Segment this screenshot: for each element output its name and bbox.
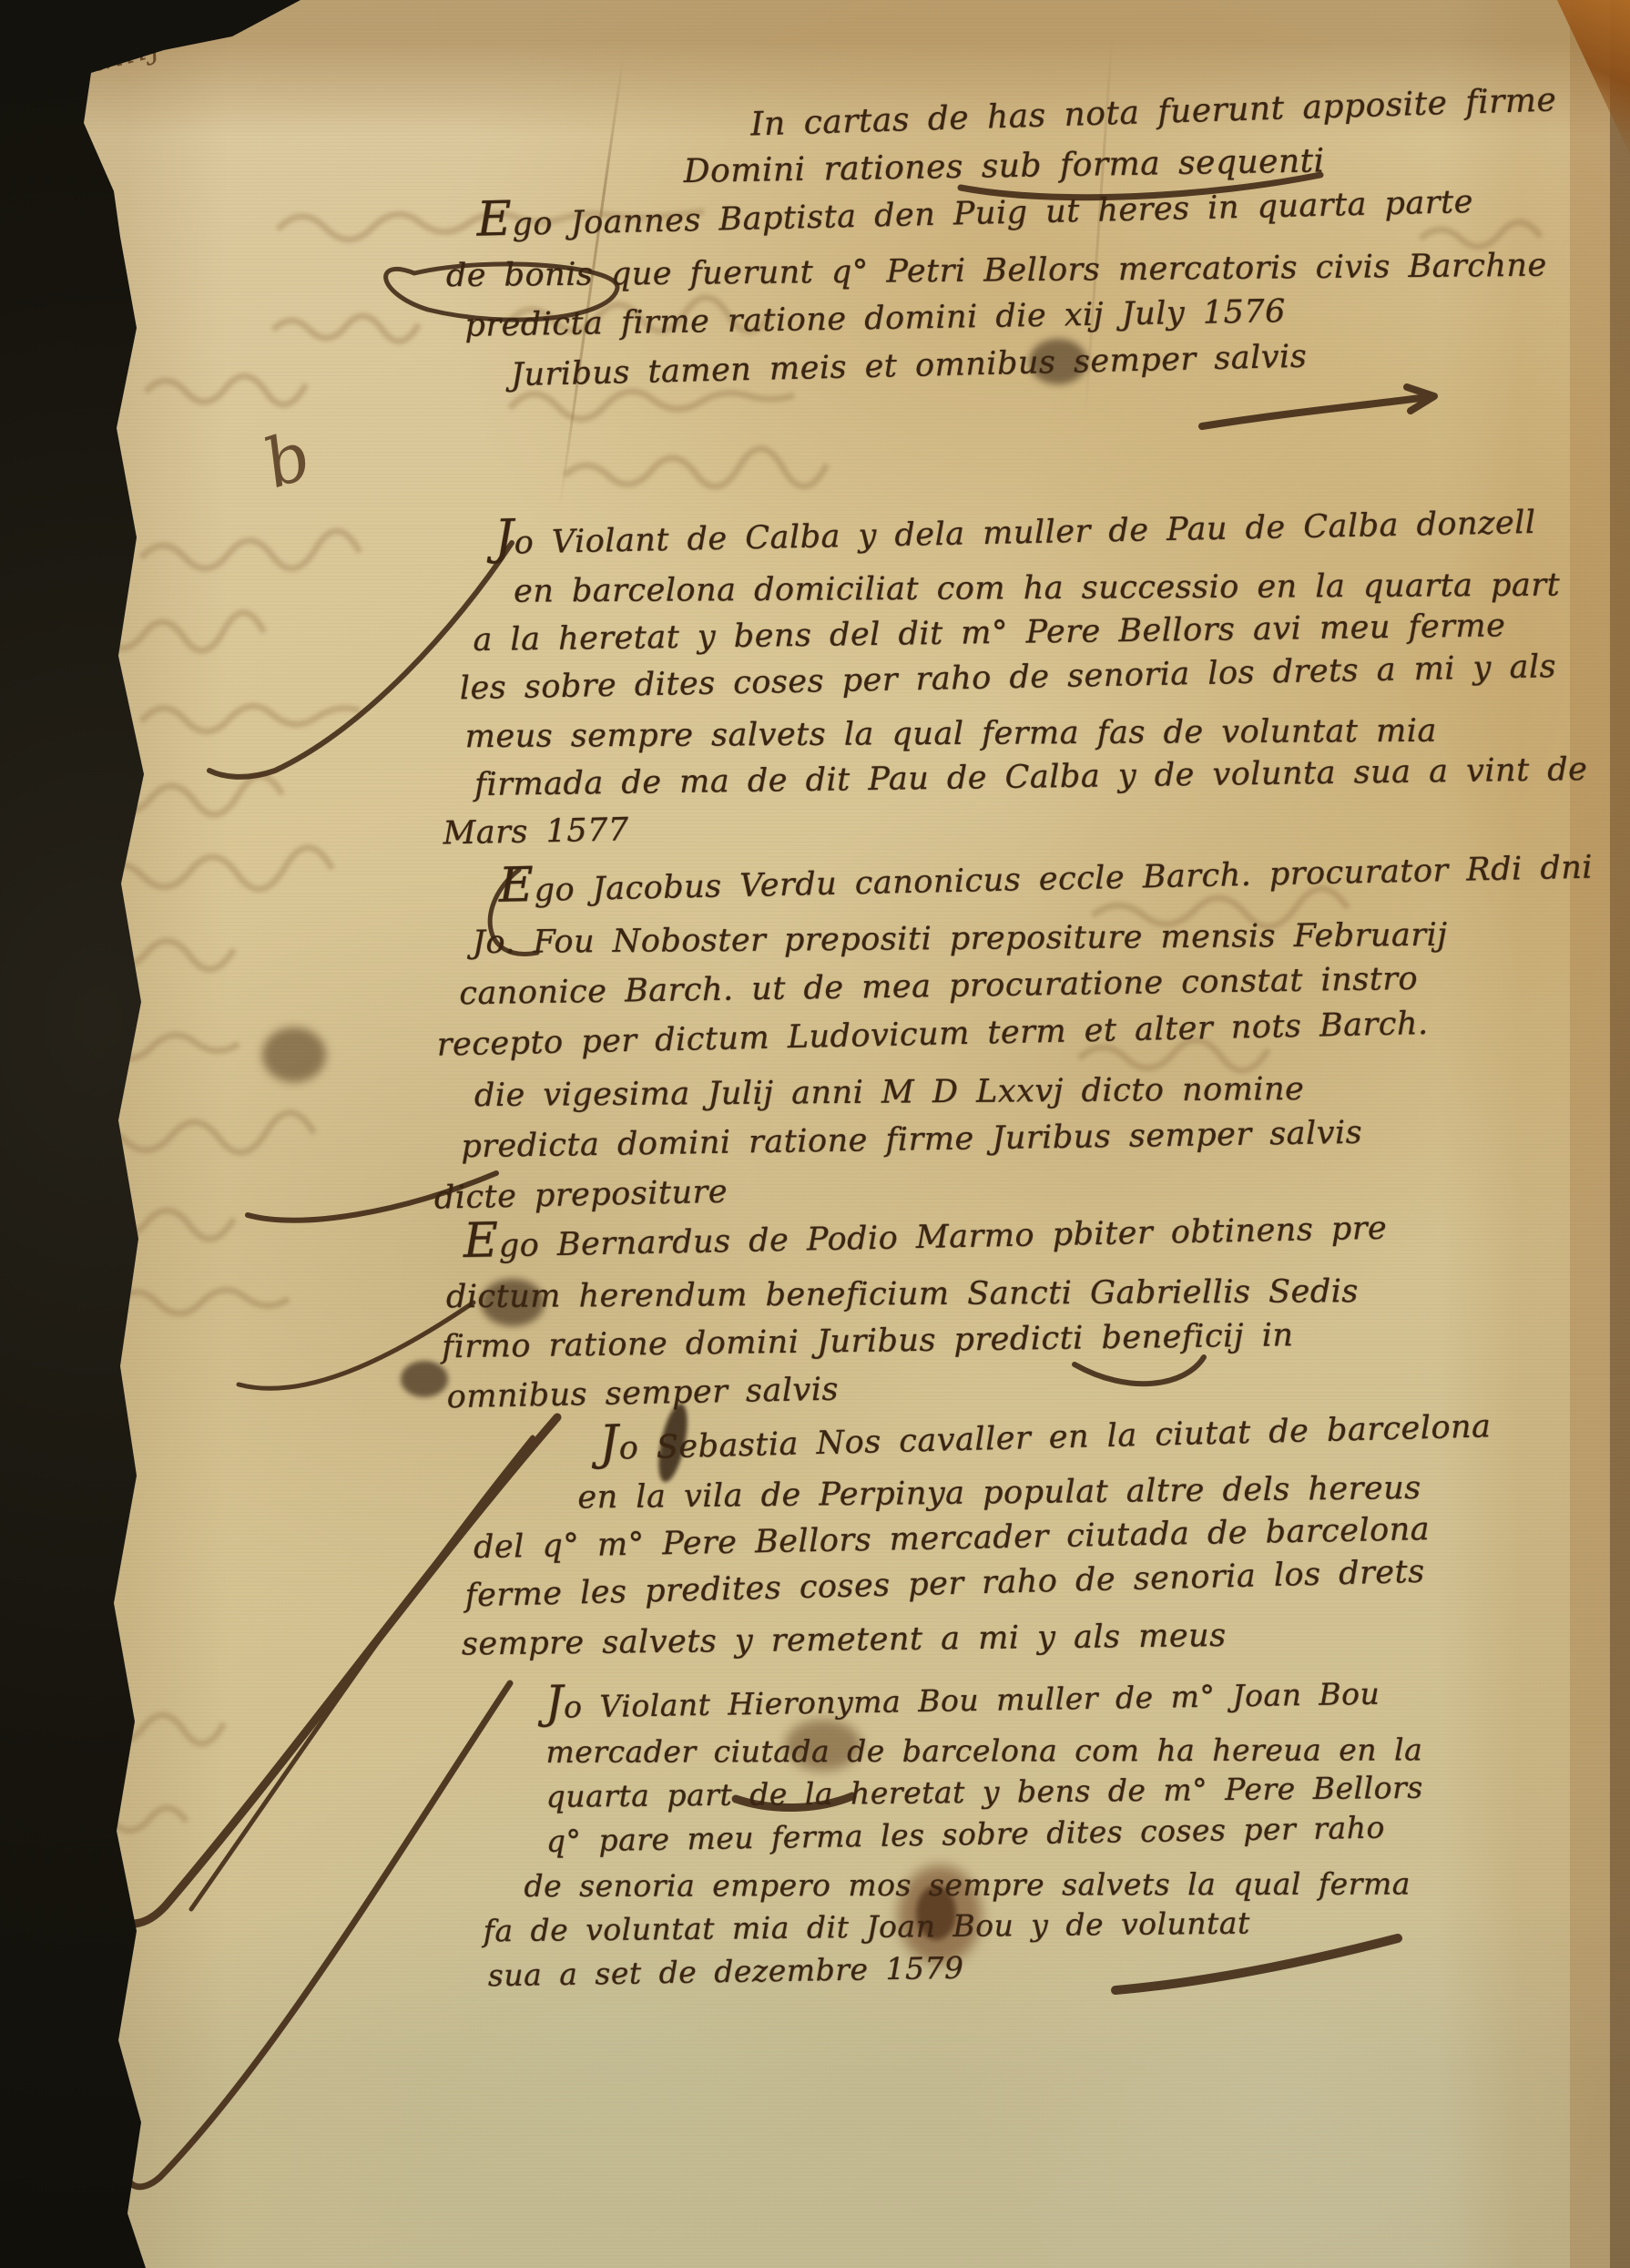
manuscript-line: sempre salvets y remetent a mi y als meu… [462,1609,1495,1670]
manuscript-line: Ego Joannes Baptista den Puig ut heres i… [476,169,1546,251]
bleedthrough-stroke [77,1808,187,1831]
bleedthrough-stroke [565,448,827,486]
parchment-page: xxiij b In cartas de has nota fuerunt ap… [0,0,1630,2268]
bleedthrough-stroke [273,316,419,342]
manuscript-line: Jo Violant de Calba y dela muller de Pau… [494,492,1584,568]
firma-paragraph-1: Ego Joannes Baptista den Puig ut heres i… [408,179,1548,402]
bleedthrough-stroke [59,941,234,969]
bleedthrough-stroke [114,1290,289,1313]
pen-flourish [1202,387,1434,426]
bleedthrough-stroke [64,776,282,814]
bleedthrough-stroke [77,1112,314,1152]
firma-paragraph-5: Jo Sebastia Nos cavaller en la ciutat de… [408,1405,1495,1670]
bleedthrough-stroke [64,612,264,650]
bleedthrough-stroke [96,847,332,889]
folio-mark: xxiij [80,27,165,82]
bleedthrough-stroke [146,376,306,404]
page-edge-top-right [1557,0,1630,155]
ink-blot [262,1027,326,1082]
bleedthrough-stroke [64,1715,224,1743]
firma-paragraph-4: Ego Bernardus de Podio Marmo pbiter obti… [409,1206,1390,1423]
manuscript-line: Jo Violant Hieronyma Bou muller de m° Jo… [545,1666,1422,1730]
firma-paragraph-6: Jo Violant Hieronyma Bou muller de m° Jo… [409,1674,1425,1998]
manuscript-scan: xxiij b In cartas de has nota fuerunt ap… [0,0,1630,2268]
bleedthrough-stroke [141,706,360,731]
bleedthrough-stroke [141,531,360,568]
firma-paragraph-2: Jo Violant de Calba y dela muller de Pau… [408,502,1588,859]
margin-mark: b [255,416,321,504]
bleedthrough-stroke [64,1035,239,1058]
bleedthrough-stroke [59,1211,234,1239]
firma-paragraph-3: Ego Jacobus Verdu canonicus eccle Barch.… [408,847,1597,1224]
